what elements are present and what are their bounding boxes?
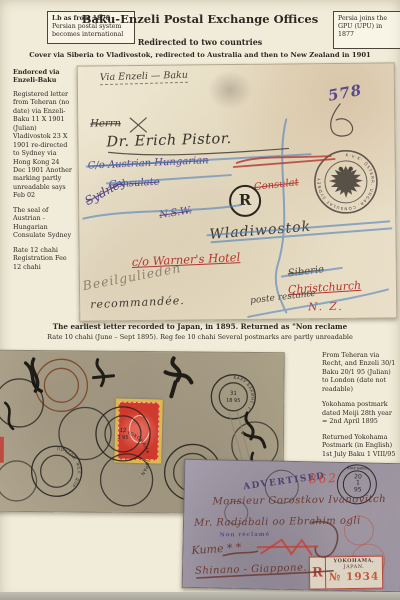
notes-paragraph-returned: Returned Yokohama Postmark (in English) …	[322, 433, 396, 458]
red-crayon-marks	[257, 539, 317, 554]
photo-edge-strip	[0, 592, 400, 600]
red-manuscript-number: 862	[309, 471, 339, 486]
sidebar-paragraph-route: Registered letter from Teheran (no date)…	[13, 90, 73, 200]
crossed-nsw: N.S.W.	[159, 205, 193, 221]
right-notes: From Teheran via Recht, and Enzeli 30/1 …	[322, 351, 396, 473]
address-line2: Mr. Radjabali oo Ebrahim ogli	[194, 516, 361, 529]
cds-date-a2: 18 95	[226, 398, 240, 404]
caption-line1: The earliest letter recorded to Japan, i…	[53, 322, 347, 331]
baku-cds-city: БАКУ БАКИН.	[338, 466, 378, 471]
sidebar-heading: Endorced via Enzeli-Baku	[13, 68, 73, 85]
nz-line: N. Z.	[308, 301, 344, 313]
crossed-address-line1: C/o Austrian Hungarian	[88, 155, 209, 171]
notes-paragraph-yokohama: Yokohama postmark dated Meiji 28th year …	[322, 400, 396, 425]
double-headed-eagle-icon	[329, 166, 363, 198]
registration-label-r: R	[310, 557, 326, 588]
cds-date-b2: 2 95	[117, 435, 128, 441]
austro-hungarian-consulate-seal: K·u·K· ÖSTERR. UNGAR. CONSULAT SYDNEY	[313, 149, 380, 216]
crossed-wladiwostok: Wladiwostok	[209, 219, 312, 243]
salutation-crossed: Herrn	[90, 118, 121, 129]
addressee-name: Dr. Erich Pistor.	[106, 131, 232, 150]
registration-label-number: № 1934	[326, 570, 382, 583]
routing-caption: Cover via Siberia to Vladivostok, redire…	[29, 51, 371, 59]
manuscript-endorsement: Via Enzeli — Baku	[100, 70, 189, 85]
svg-text:ПОЧТОВ. ЖЕЛ. ДОР.: ПОЧТОВ. ЖЕЛ. ДОР.	[56, 446, 82, 490]
registration-r-mark: R	[229, 185, 261, 217]
sidebar-notes: Endorced via Enzeli-Baku Registered lett…	[13, 68, 73, 271]
cds-date-b1: 12	[119, 428, 126, 434]
address-line3: Kume * *	[191, 541, 242, 557]
registration-label: R YOKOHAMA, JAPAN. № 1934	[309, 556, 383, 590]
address-line1: Monsieur Gorostkov Ivanovitch	[212, 494, 386, 507]
notes-paragraph-route: From Teheran via Recht, and Enzeli 30/1 …	[322, 351, 396, 393]
recommandee-line: recommandée.	[90, 294, 185, 311]
baku-cds-date: 20 1 95	[338, 474, 378, 494]
caption-line2: Rate 10 chahi (June – Sept 1895). Reg fe…	[47, 333, 353, 341]
exhibit-page: I.b as from 1878 Persian postal system b…	[0, 0, 400, 600]
page-subtitle: Redirected to two countries	[138, 37, 263, 47]
cover-yokohama-returned: ADVERTISED 862 БАКУ БАКИН. 20 1 95 Monsi…	[182, 459, 400, 593]
right-box-text: Persia joins the GPU (UPU) in 1877	[338, 15, 398, 40]
header-right-box: Persia joins the GPU (UPU) in 1877	[333, 11, 400, 49]
poste-restante-line: poste restante	[250, 289, 316, 306]
crossed-siberie: Siberie	[287, 264, 324, 279]
ring-text-pochtov: ПОЧТОВ. ЖЕЛ. ДОР.	[56, 446, 82, 490]
sidebar-paragraph-rate: Rate 12 chahi Registration Fee 12 chahi	[13, 246, 73, 271]
non-reclame-handstamp: Non réclamé	[220, 532, 270, 539]
address-line4: Shinano - Giappone.	[195, 562, 307, 577]
faint-postmark-smudge	[206, 69, 254, 112]
cds-date-a1: 31	[230, 391, 237, 397]
crossed-red-line: Consulat	[253, 177, 299, 193]
cover-new-zealand: Via Enzeli — Baku 578 Herrn Dr. Erich Pi…	[77, 62, 398, 321]
baku-cds-year: 95	[338, 487, 378, 494]
page-title: Baku-Enzeli Postal Exchange Offices	[82, 12, 318, 26]
manuscript-number: 578	[327, 81, 364, 105]
sidebar-paragraph-seal: The seal of Austrian - Hungarian Consula…	[13, 206, 73, 240]
crossed-sydney: Sydney	[82, 175, 128, 208]
